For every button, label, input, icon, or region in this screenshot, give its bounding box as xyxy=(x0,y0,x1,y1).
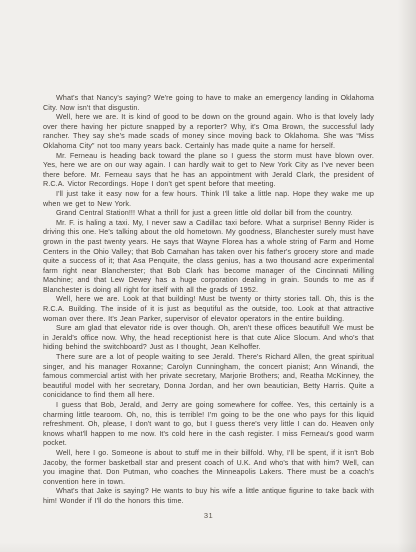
paragraph: Mr. F. is haling a taxi. My, I never saw… xyxy=(43,218,374,295)
body-text: What's that Nancy's saying? We're going … xyxy=(43,93,374,506)
paragraph: Well, here we are. It is kind of good to… xyxy=(43,112,374,150)
paragraph: Mr. Ferneau is heading back toward the p… xyxy=(43,151,374,189)
paragraph: Sure am glad that elevator ride is over … xyxy=(43,323,374,352)
paragraph: Well, here I go. Someone is about to stu… xyxy=(43,448,374,486)
paragraph: What's that Nancy's saying? We're going … xyxy=(43,93,374,112)
paragraph: There sure are a lot of people waiting t… xyxy=(43,352,374,400)
paragraph: Well, here we are. Look at that building… xyxy=(43,294,374,323)
paragraph: Grand Central Station!!! What a thrill f… xyxy=(43,208,374,218)
page-number: 31 xyxy=(43,511,374,520)
paragraph: What's that Jake is saying? He wants to … xyxy=(43,486,374,505)
yearbook-page: What's that Nancy's saying? We're going … xyxy=(0,0,416,552)
paragraph: I'll just take it easy now for a few hou… xyxy=(43,189,374,208)
paragraph: I guess that Bob, Jerald, and Jerry are … xyxy=(43,400,374,448)
